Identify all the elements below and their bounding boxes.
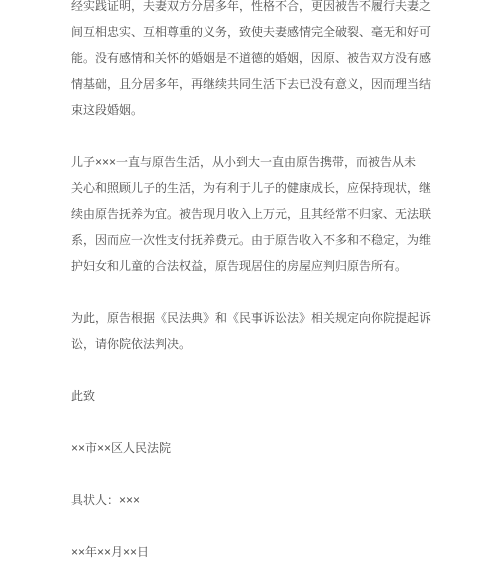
text-line: 束这段婚姻。 [71, 97, 436, 123]
text-line: 此致 [71, 383, 436, 409]
legal-document-page: 经实践证明，夫妻双方分居多年，性格不合，更因被告不履行夫妻之 间互相忠实、互相尊… [0, 0, 500, 565]
text-line: 具状人：××× [71, 487, 436, 513]
text-line: 能。没有感情和关怀的婚姻是不道德的婚姻，因原、被告双方没有感 [71, 45, 436, 71]
text-line: 间互相忠实、互相尊重的义务，致使夫妻感情完全破裂、毫无和好可 [71, 19, 436, 45]
petitioner-signature: 具状人：××× [71, 487, 436, 513]
text-line: 关心和照顾儿子的生活，为有利于儿子的健康成长，应保持现状，继 [71, 175, 436, 201]
text-line: 儿子×××一直与原告生活，从小到大一直由原告携带，而被告从未 [71, 149, 436, 175]
text-line: 续由原告抚养为宜。被告现月收入上万元，且其经常不归家、无法联 [71, 201, 436, 227]
document-body: 经实践证明，夫妻双方分居多年，性格不合，更因被告不履行夫妻之 间互相忠实、互相尊… [71, 0, 436, 565]
paragraph-child-custody: 儿子×××一直与原告生活，从小到大一直由原告携带，而被告从未 关心和照顾儿子的生… [71, 149, 436, 279]
text-line: 经实践证明，夫妻双方分居多年，性格不合，更因被告不履行夫妻之 [71, 0, 436, 19]
text-line: ××市××区人民法院 [71, 435, 436, 461]
text-line: 系，因而应一次性支付抚养费元。由于原告收入不多和不稳定，为维 [71, 227, 436, 253]
paragraph-legal-basis: 为此，原告根据《民法典》和《民事诉讼法》相关规定向你院提起诉 讼，请你院依法判决… [71, 305, 436, 357]
closing-salutation: 此致 [71, 383, 436, 409]
text-line: 情基础，且分居多年，再继续共同生活下去已没有意义，因而理当结 [71, 71, 436, 97]
text-line: 为此，原告根据《民法典》和《民事诉讼法》相关规定向你院提起诉 [71, 305, 436, 331]
text-line: 护妇女和儿童的合法权益，原告现居住的房屋应判归原告所有。 [71, 253, 436, 279]
date-line: ××年××月××日 [71, 539, 436, 565]
paragraph-marriage-breakdown: 经实践证明，夫妻双方分居多年，性格不合，更因被告不履行夫妻之 间互相忠实、互相尊… [71, 0, 436, 123]
text-line: ××年××月××日 [71, 539, 436, 565]
text-line: 讼，请你院依法判决。 [71, 331, 436, 357]
court-name: ××市××区人民法院 [71, 435, 436, 461]
